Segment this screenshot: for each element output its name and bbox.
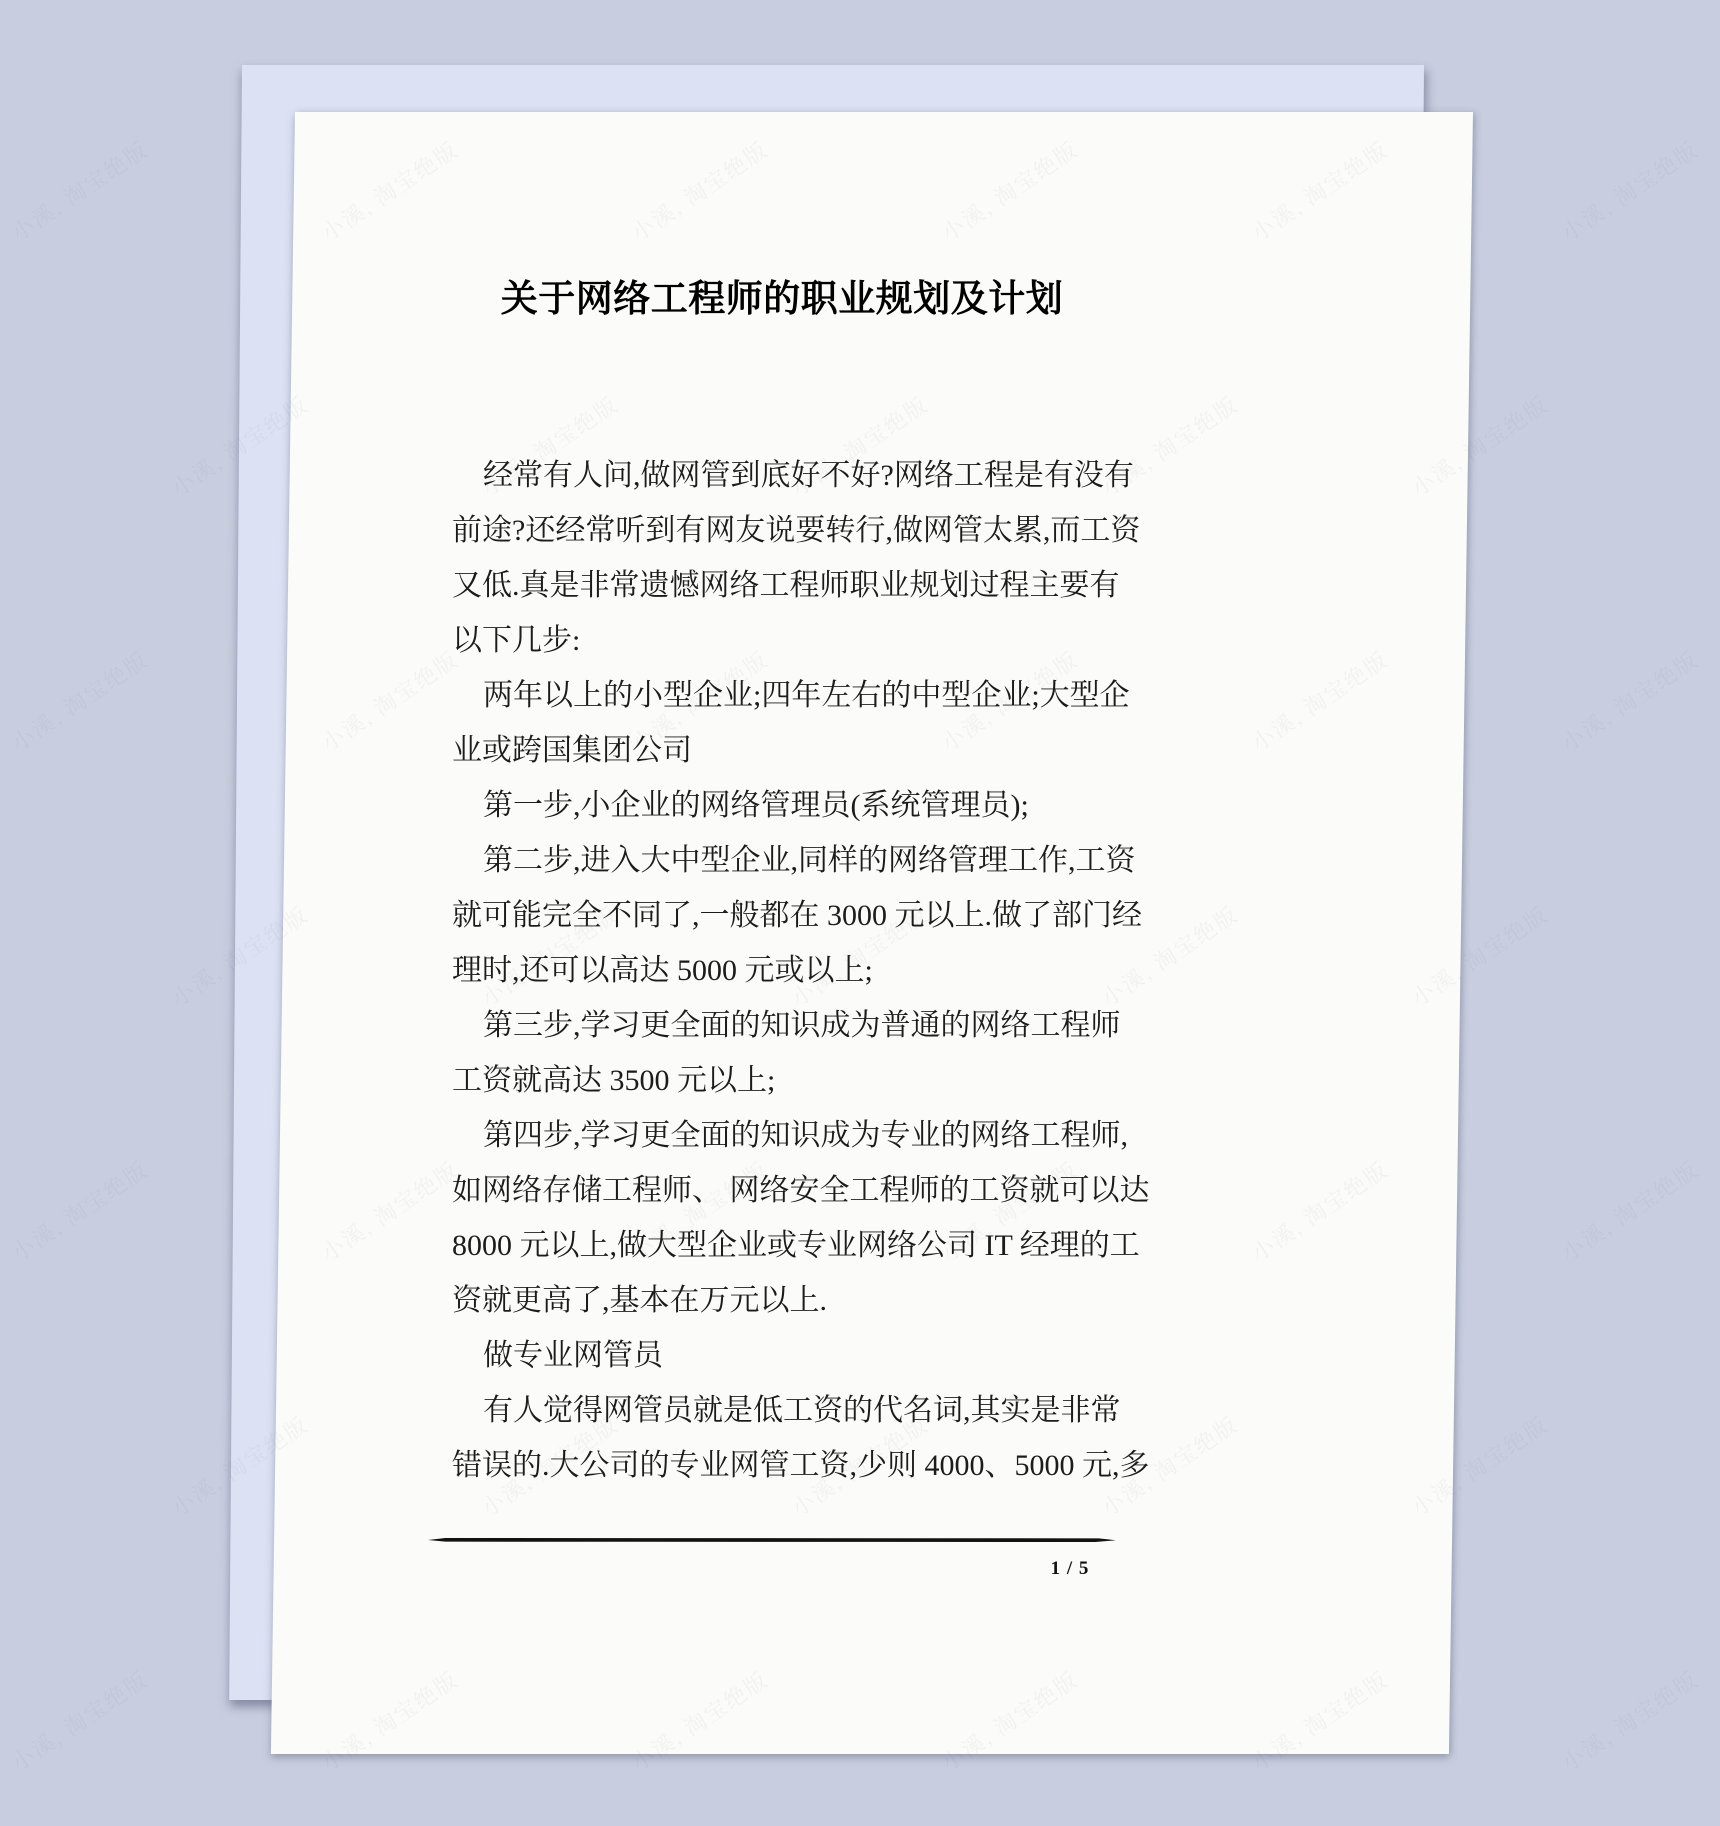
document-body: 经常有人问,做网管到底好不好?网络工程是有没有前途?还经常听到有网友说要转行,做… [452,448,1114,1493]
text-line: 有人觉得网管员就是低工资的代名词,其实是非常 [452,1383,1114,1438]
text-line: 第四步,学习更全面的知识成为专业的网络工程师, [452,1108,1114,1163]
text-line: 业或跨国集团公司 [452,723,1114,778]
page-number: 1 / 5 [1040,1558,1100,1580]
footer-divider [428,1538,1116,1542]
text-line: 前途?还经常听到有网友说要转行,做网管太累,而工资 [452,503,1114,558]
text-line: 工资就高达 3500 元以上; [452,1053,1114,1108]
text-line: 经常有人问,做网管到底好不好?网络工程是有没有 [452,448,1114,503]
document-title: 关于网络工程师的职业规划及计划 [452,268,1112,322]
text-line: 理时,还可以高达 5000 元或以上; [452,943,1114,998]
text-line: 以下几步: [452,613,1114,668]
document-preview: 小溪, 淘宝绝版小溪, 淘宝绝版小溪, 淘宝绝版小溪, 淘宝绝版小溪, 淘宝绝版… [0,0,1720,1826]
text-line: 第二步,进入大中型企业,同样的网络管理工作,工资 [452,833,1114,888]
text-line: 做专业网管员 [452,1328,1114,1383]
text-line: 第一步,小企业的网络管理员(系统管理员); [452,778,1114,833]
text-line: 错误的.大公司的专业网管工资,少则 4000、5000 元,多 [452,1438,1114,1493]
text-line: 资就更高了,基本在万元以上. [452,1273,1114,1328]
text-line: 就可能完全不同了,一般都在 3000 元以上.做了部门经 [452,888,1114,943]
text-line: 如网络存储工程师、 网络安全工程师的工资就可以达 [452,1163,1114,1218]
page-content: 关于网络工程师的职业规划及计划 经常有人问,做网管到底好不好?网络工程是有没有前… [0,0,1720,1826]
text-line: 第三步,学习更全面的知识成为普通的网络工程师 [452,998,1114,1053]
text-line: 又低.真是非常遗憾网络工程师职业规划过程主要有 [452,558,1114,613]
text-line: 8000 元以上,做大型企业或专业网络公司 IT 经理的工 [452,1218,1114,1273]
text-line: 两年以上的小型企业;四年左右的中型企业;大型企 [452,668,1114,723]
